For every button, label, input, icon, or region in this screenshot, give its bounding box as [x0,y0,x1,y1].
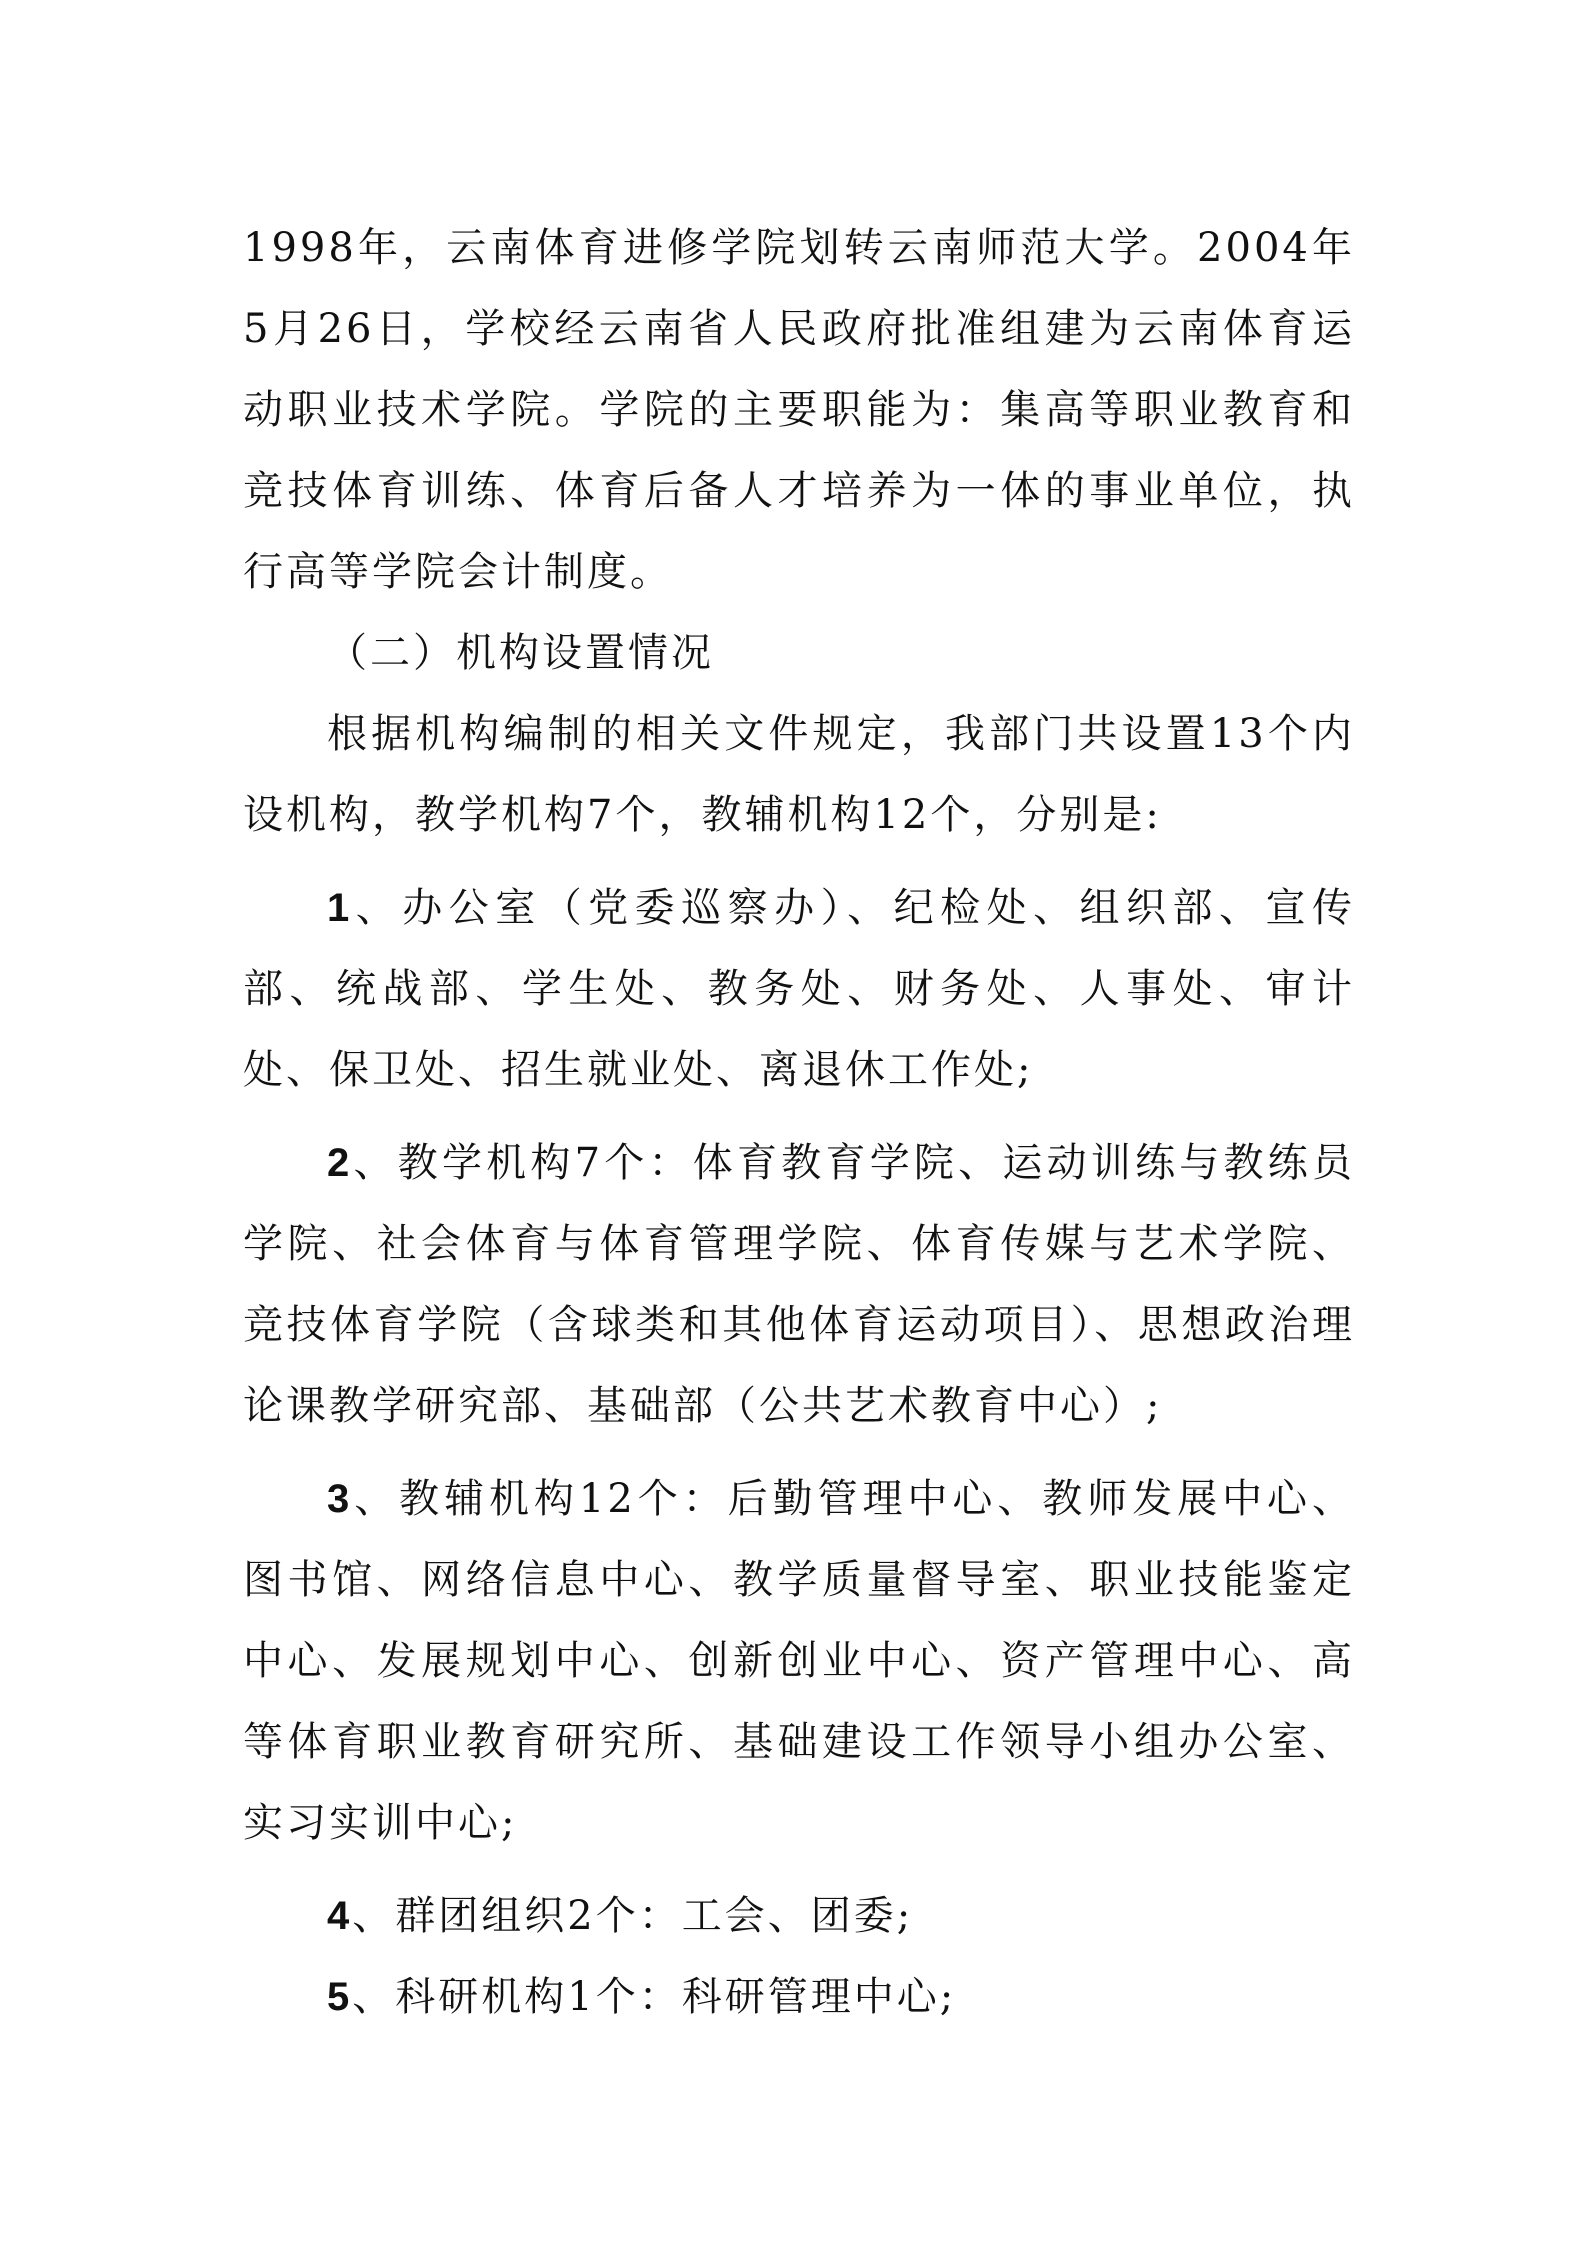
list-item-3: 3、教辅机构12个：后勤管理中心、教师发展中心、图书馆、网络信息中心、教学质量督… [243,1459,1355,1864]
list-item-1: 1、办公室（党委巡察办）、纪检处、组织部、宣传部、统战部、学生处、教务处、财务处… [243,868,1355,1111]
list-item-4: 4、群团组织2个：工会、团委; [243,1876,1355,1957]
list-item-text: 、办公室（党委巡察办）、纪检处、组织部、宣传部、统战部、学生处、教务处、财务处、… [243,885,1355,1093]
list-item-text: 、教辅机构12个：后勤管理中心、教师发展中心、图书馆、网络信息中心、教学质量督导… [243,1476,1355,1846]
list-item-text: 、群团组织2个：工会、团委; [352,1893,913,1939]
list-item-text: 、教学机构7个：体育教育学院、运动训练与教练员学院、社会体育与体育管理学院、体育… [243,1140,1355,1429]
list-item-number: 3 [327,1477,352,1521]
summary-paragraph: 根据机构编制的相关文件规定，我部门共设置13个内设机构，教学机构7个，教辅机构1… [243,694,1355,856]
list-item-2: 2、教学机构7个：体育教育学院、运动训练与教练员学院、社会体育与体育管理学院、体… [243,1123,1355,1447]
list-item-number: 5 [327,1975,352,2019]
document-page: 1998年，云南体育进修学院划转云南师范大学。2004年5月26日，学校经云南省… [243,208,1355,2038]
list-item-text: 、科研机构1个：科研管理中心; [352,1974,956,2020]
list-item-5: 5、科研机构1个：科研管理中心; [243,1957,1355,2038]
section-heading: （二）机构设置情况 [243,613,1355,694]
intro-paragraph: 1998年，云南体育进修学院划转云南师范大学。2004年5月26日，学校经云南省… [243,208,1355,613]
list-item-number: 1 [327,886,352,930]
list-item-number: 4 [327,1894,352,1938]
list-item-number: 2 [327,1141,352,1185]
